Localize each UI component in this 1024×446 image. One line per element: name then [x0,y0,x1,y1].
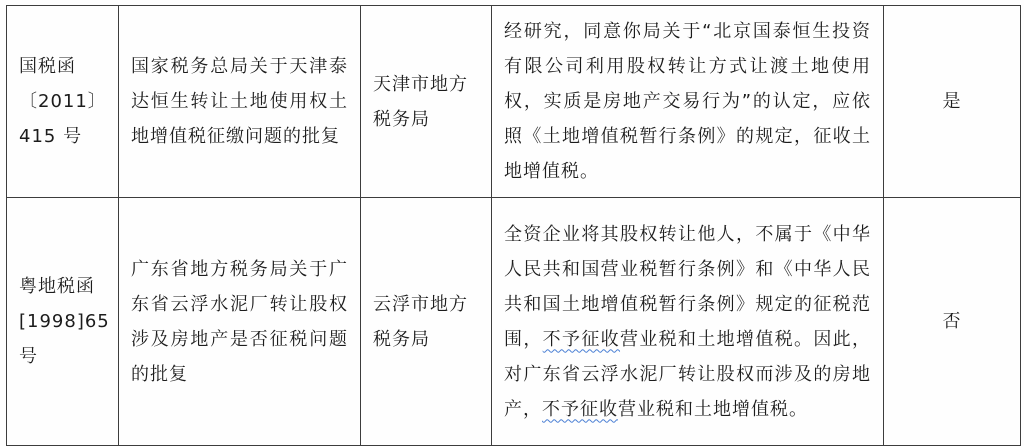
verdict-cell: 否 [884,198,1021,446]
authority-cell: 云浮市地方税务局 [361,198,492,446]
squiggle-underlined-text: 不予征收 [543,329,620,350]
doc-number-cell: 粤地税函[1998]65号 [7,198,119,446]
doc-number-cell: 国税函〔2011〕415 号 [7,6,119,198]
tax-ruling-table: 国税函〔2011〕415 号 国家税务总局关于天津泰达恒生转让土地使用权土地增值… [6,5,1021,446]
summary-cell: 全资企业将其股权转让他人，不属于《中华人民共和国营业税暂行条例》和《中华人民共和… [492,198,884,446]
summary-text: 经研究，同意你局关于“北京国泰恒生投资有限公司利用股权转让方式让渡土地使用权，实… [504,21,871,182]
document-page: 国税函〔2011〕415 号 国家税务总局关于天津泰达恒生转让土地使用权土地增值… [6,5,1021,446]
authority-cell: 天津市地方税务局 [361,6,492,198]
summary-text: 营业税和土地增值税。 [618,399,808,420]
verdict-cell: 是 [884,6,1021,198]
title-cell: 广东省地方税务局关于广东省云浮水泥厂转让股权涉及房地产是否征税问题的批复 [119,198,361,446]
table-row: 国税函〔2011〕415 号 国家税务总局关于天津泰达恒生转让土地使用权土地增值… [7,6,1021,198]
title-cell: 国家税务总局关于天津泰达恒生转让土地使用权土地增值税征缴问题的批复 [119,6,361,198]
table-row: 粤地税函[1998]65号 广东省地方税务局关于广东省云浮水泥厂转让股权涉及房地… [7,198,1021,446]
squiggle-underlined-text: 不予征收 [542,399,618,420]
summary-cell: 经研究，同意你局关于“北京国泰恒生投资有限公司利用股权转让方式让渡土地使用权，实… [492,6,884,198]
